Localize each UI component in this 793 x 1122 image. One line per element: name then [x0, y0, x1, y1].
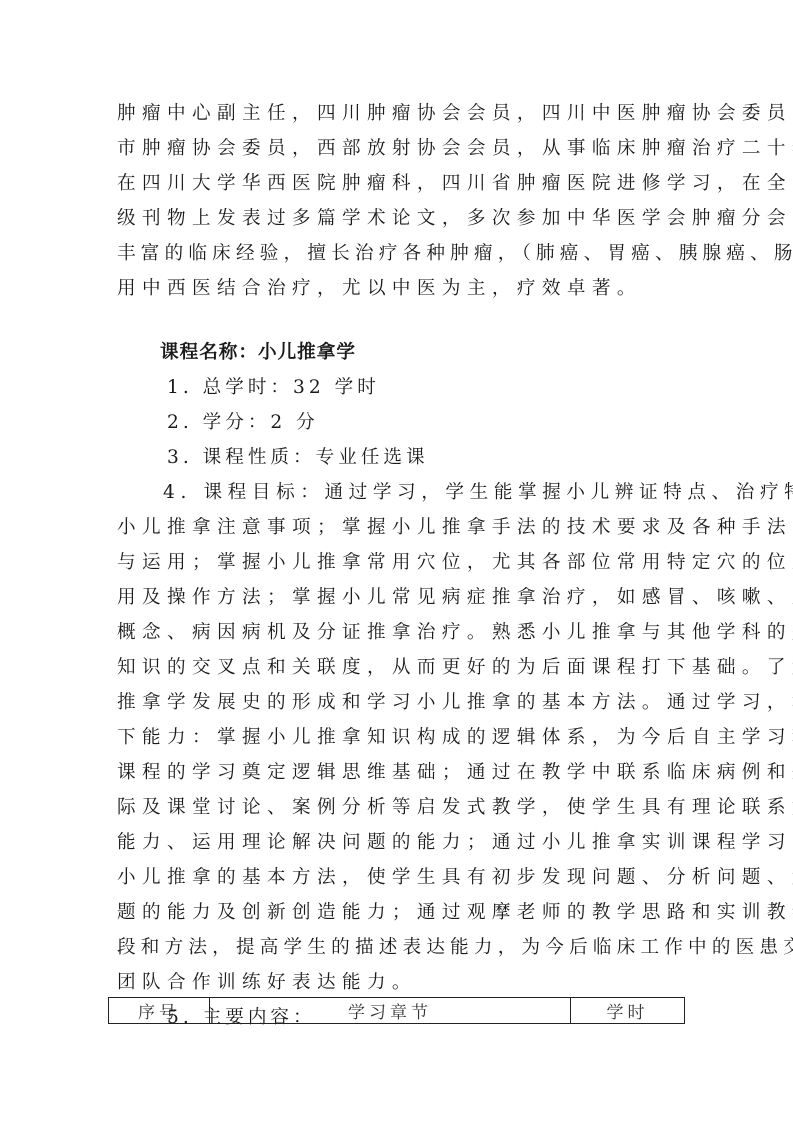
objective-line: 用及操作方法；掌握小儿常见病症推拿治疗，如感冒、咳嗽、发热等	[117, 580, 677, 615]
header-index: 序号	[109, 998, 210, 1024]
bio-line: 在四川大学华西医院肿瘤科，四川省肿瘤医院进修学习，在全国及省	[117, 166, 677, 201]
objective-line: 4. 课程目标：通过学习，学生能掌握小儿辨证特点、治疗特点，	[117, 475, 677, 510]
objective-line: 能力、运用理论解决问题的能力；通过小儿推拿实训课程学习，学会	[117, 825, 677, 860]
objective-line: 与运用；掌握小儿推拿常用穴位，尤其各部位常用特定穴的位置、作	[117, 545, 677, 580]
instructor-bio: 肿瘤中心副主任，四川肿瘤协会会员，四川中医肿瘤协会委员，自贡 市肿瘤协会委员，西…	[117, 96, 677, 306]
objective-line: 际及课堂讨论、案例分析等启发式教学，使学生具有理论联系实际的	[117, 790, 677, 825]
objective-line: 题的能力及创新创造能力；通过观摩老师的教学思路和实训教学的手	[117, 895, 677, 930]
objective-line: 小儿推拿注意事项；掌握小儿推拿手法的技术要求及各种手法的操作	[117, 510, 677, 545]
header-hours: 学时	[571, 998, 685, 1024]
objective-line: 知识的交叉点和关联度，从而更好的为后面课程打下基础。了解小儿	[117, 650, 677, 685]
content-table: 序号 学习章节 学时	[108, 997, 685, 1024]
header-chapter: 学习章节	[210, 998, 571, 1024]
course-objectives: 4. 课程目标：通过学习，学生能掌握小儿辨证特点、治疗特点， 小儿推拿注意事项；…	[117, 475, 677, 1000]
bio-line: 市肿瘤协会委员，西部放射协会会员，从事临床肿瘤治疗二十年，曾	[117, 131, 677, 166]
objective-line: 段和方法，提高学生的描述表达能力，为今后临床工作中的医患交流、	[117, 930, 677, 965]
credits: 2. 学分：2 分	[117, 405, 677, 440]
bio-line: 肿瘤中心副主任，四川肿瘤协会会员，四川中医肿瘤协会委员，自贡	[117, 96, 677, 131]
objective-line: 小儿推拿的基本方法，使学生具有初步发现问题、分析问题、解决问	[117, 860, 677, 895]
bio-line: 丰富的临床经验，擅长治疗各种肿瘤，（肺癌、胃癌、胰腺癌、肠癌）	[117, 236, 677, 271]
document-page: 肿瘤中心副主任，四川肿瘤协会会员，四川中医肿瘤协会委员，自贡 市肿瘤协会委员，西…	[117, 96, 677, 1035]
objective-line: 团队合作训练好表达能力。	[117, 965, 677, 1000]
bio-line: 用中西医结合治疗，尤以中医为主，疗效卓著。	[117, 271, 677, 306]
table-header-row: 序号 学习章节 学时	[109, 998, 685, 1024]
course-title: 课程名称：小儿推拿学	[117, 335, 677, 370]
objective-line: 推拿学发展史的形成和学习小儿推拿的基本方法。通过学习，培养以	[117, 685, 677, 720]
course-nature: 3. 课程性质：专业任选课	[117, 440, 677, 475]
bio-line: 级刊物上发表过多篇学术论文，多次参加中华医学会肿瘤分会，积累	[117, 201, 677, 236]
total-hours: 1. 总学时：32 学时	[117, 370, 677, 405]
objective-line: 课程的学习奠定逻辑思维基础；通过在教学中联系临床病例和生活实	[117, 755, 677, 790]
objective-line: 下能力：掌握小儿推拿知识构成的逻辑体系，为今后自主学习和后续	[117, 720, 677, 755]
objective-line: 概念、病因病机及分证推拿治疗。熟悉小儿推拿与其他学科的关系，	[117, 615, 677, 650]
